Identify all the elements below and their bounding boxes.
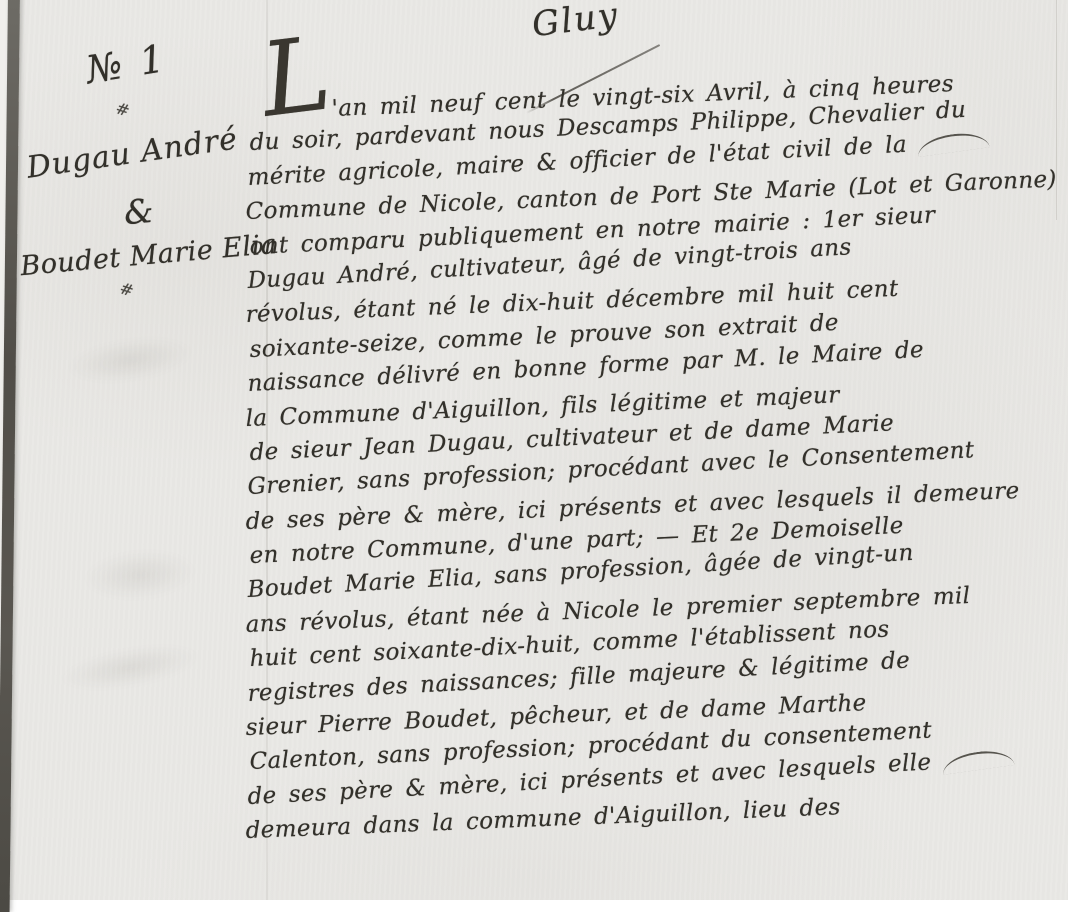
- header-paraph: Gluy: [530, 0, 621, 45]
- manuscript-body: 'an mil neuf cent le vingt-six Avril, à …: [246, 96, 1061, 853]
- document-scan: Gluy № 1 # Dugau André & Boudet Marie El…: [0, 0, 1068, 900]
- ink-bleed-through: [57, 533, 222, 617]
- ink-bleed-through: [27, 623, 234, 712]
- margin-groom-name: Dugau André: [25, 121, 240, 185]
- margin-hash-mark-bottom: #: [117, 278, 136, 300]
- margin-hash-mark-top: #: [113, 98, 132, 120]
- margin-bride-name: Boudet Marie Elia: [19, 229, 278, 282]
- ink-bleed-through: [37, 318, 224, 402]
- margin-ampersand: &: [122, 191, 155, 232]
- act-number: № 1: [83, 36, 170, 92]
